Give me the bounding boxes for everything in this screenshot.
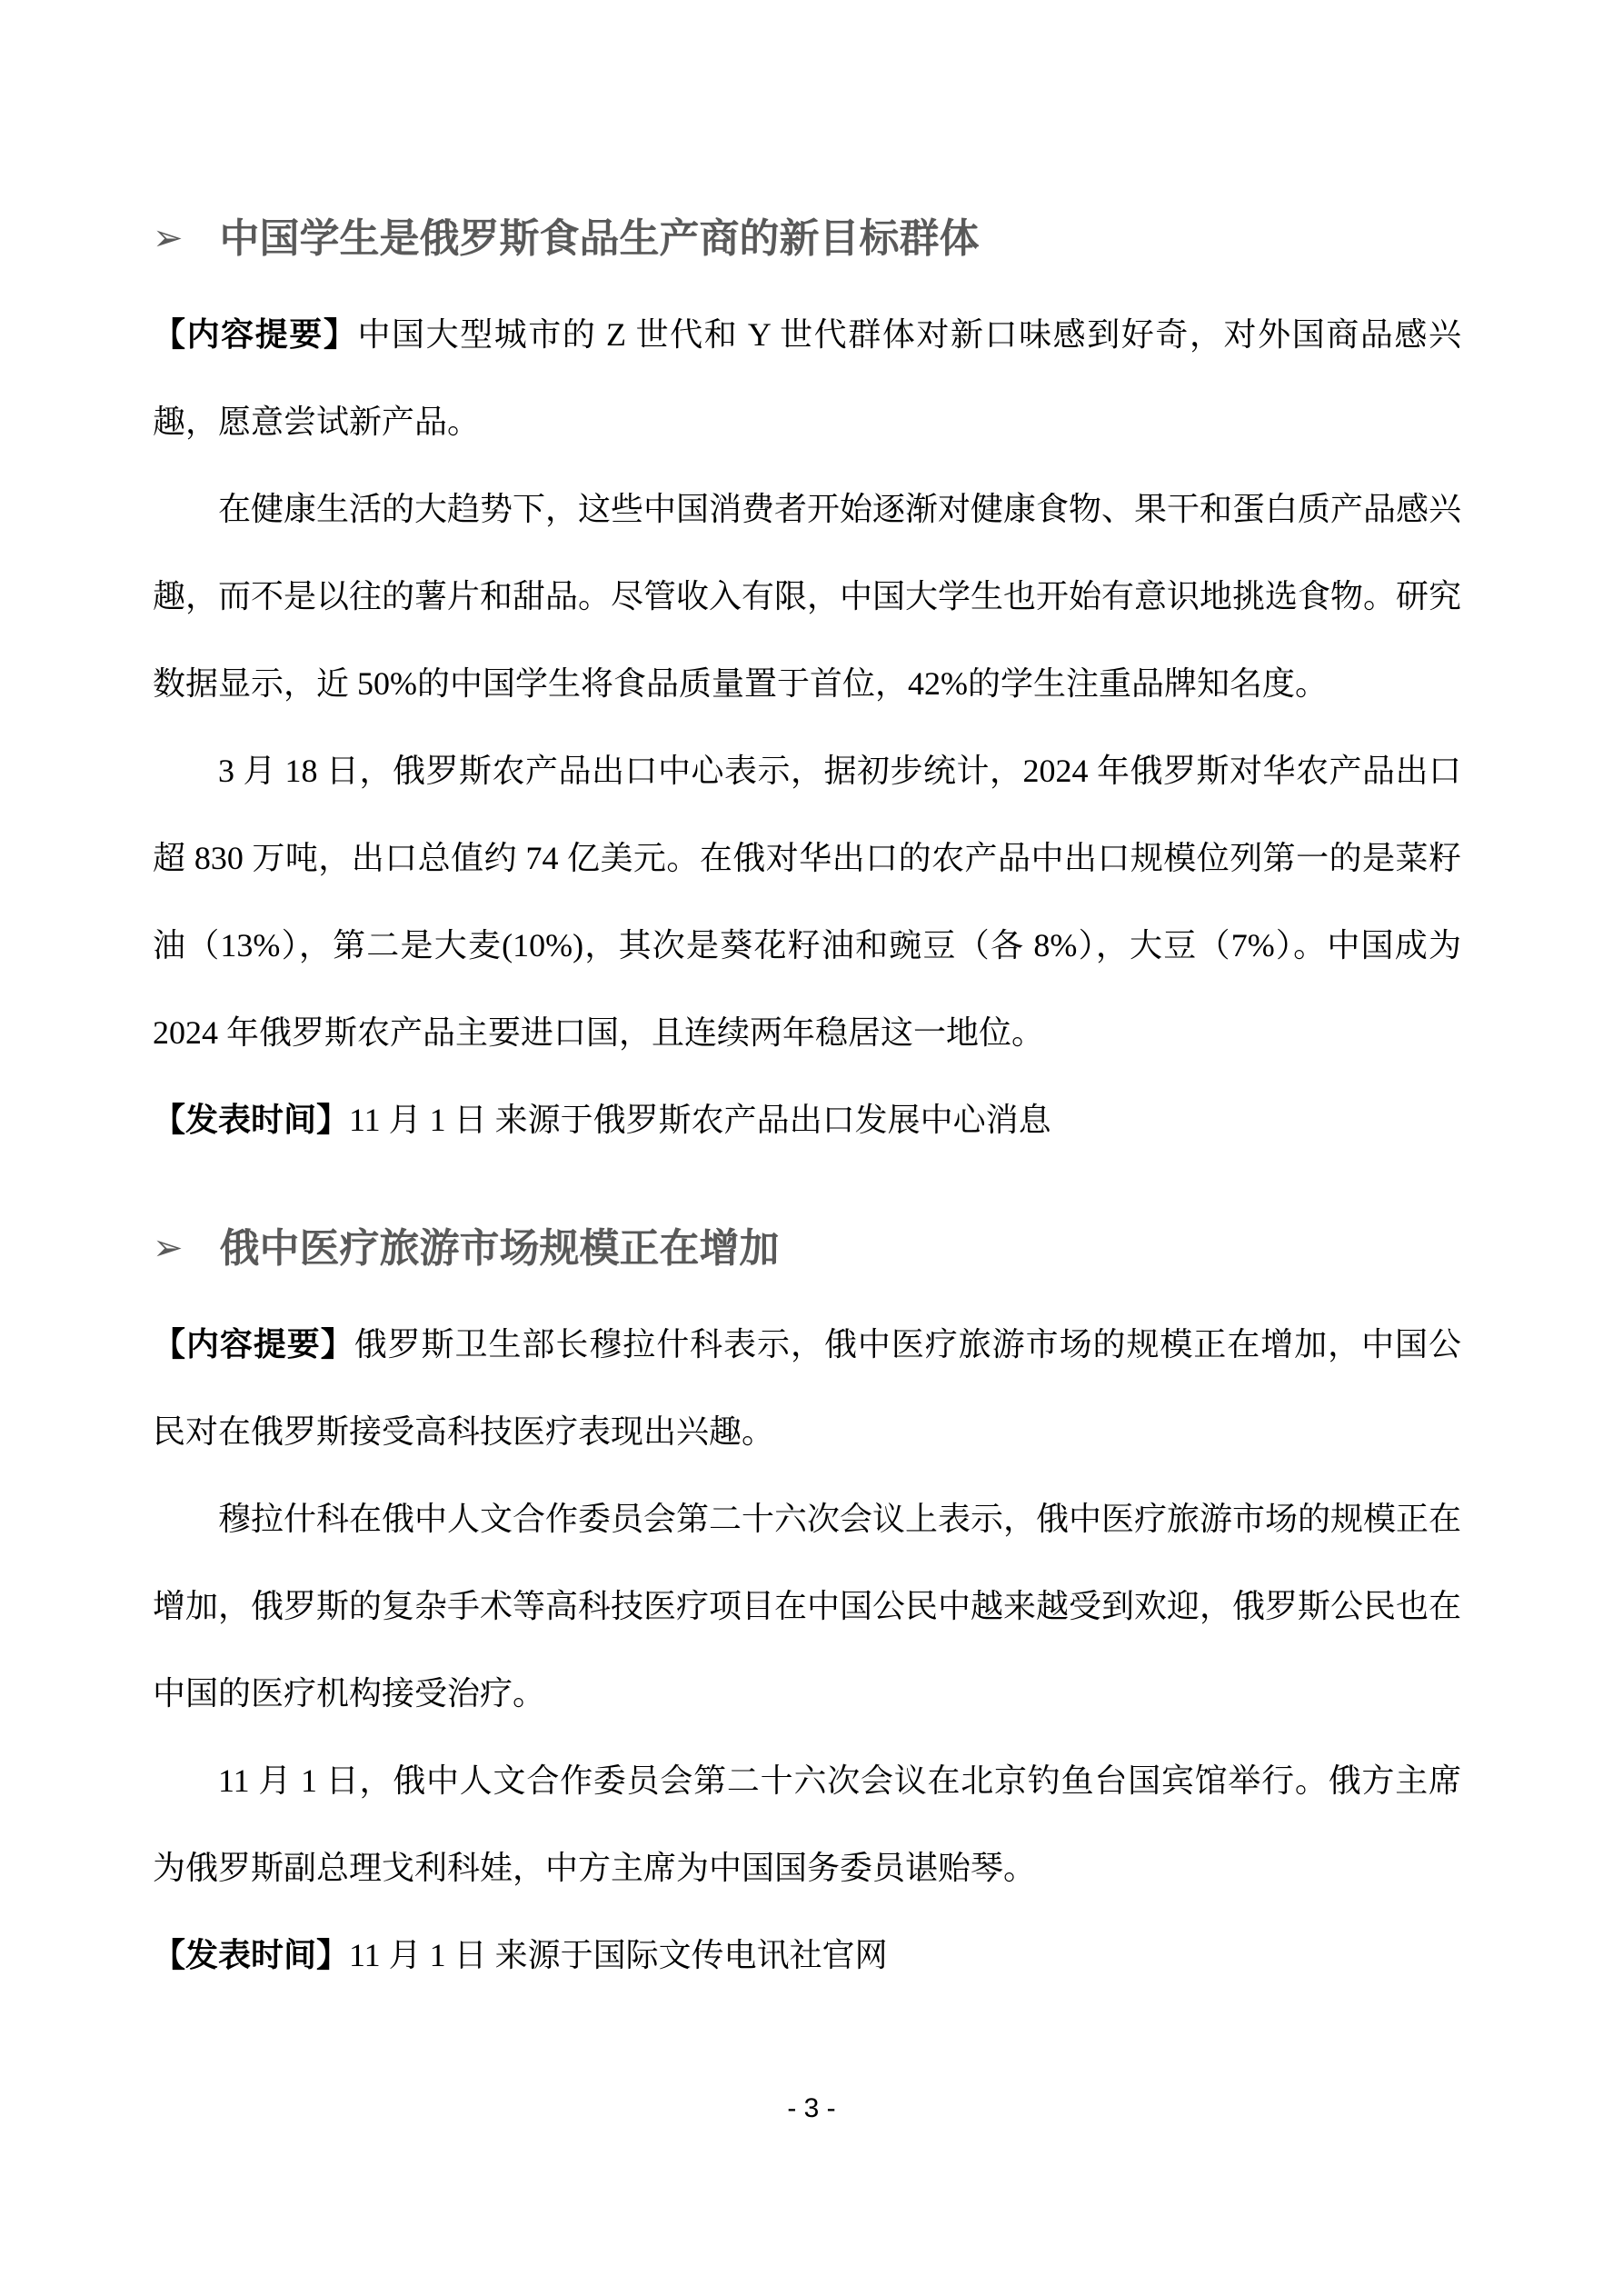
publish-time-label: 【发表时间】 (153, 1102, 349, 1138)
sections: ➢中国学生是俄罗斯食品生产商的新目标群体 【内容提要】中国大型城市的 Z 世代和… (153, 195, 1461, 1999)
document-page: ➢中国学生是俄罗斯食品生产商的新目标群体 【内容提要】中国大型城市的 Z 世代和… (0, 0, 1623, 2296)
body-paragraphs: 穆拉什科在俄中人文合作委员会第二十六次会议上表示，俄中医疗旅游市场的规模正在增加… (153, 1475, 1461, 1912)
body-paragraphs: 在健康生活的大趋势下，这些中国消费者开始逐渐对健康食物、果干和蛋白质产品感兴趣，… (153, 465, 1461, 1076)
arrow-bullet-icon: ➢ (153, 1204, 184, 1292)
section-heading: ➢中国学生是俄罗斯食品生产商的新目标群体 (153, 195, 1461, 284)
page-number: - 3 - (0, 2091, 1623, 2127)
summary-paragraph: 【内容提要】中国大型城市的 Z 世代和 Y 世代群体对新口味感到好奇，对外国商品… (153, 291, 1461, 465)
summary-label: 【内容提要】 (153, 1326, 354, 1363)
section-heading: ➢俄中医疗旅游市场规模正在增加 (153, 1205, 1461, 1293)
publish-paragraph: 【发表时间】11 月 1 日 来源于俄罗斯农产品出口发展中心消息 (153, 1076, 1461, 1163)
publish-time-text: 11 月 1 日 来源于国际文传电讯社官网 (349, 1937, 888, 1973)
body-paragraph: 3 月 18 日，俄罗斯农产品出口中心表示，据初步统计，2024 年俄罗斯对华农… (153, 727, 1461, 1076)
body-paragraph: 穆拉什科在俄中人文合作委员会第二十六次会议上表示，俄中医疗旅游市场的规模正在增加… (153, 1475, 1461, 1737)
body-paragraph: 11 月 1 日，俄中人文合作委员会第二十六次会议在北京钓鱼台国宾馆举行。俄方主… (153, 1737, 1461, 1912)
publish-paragraph: 【发表时间】11 月 1 日 来源于国际文传电讯社官网 (153, 1912, 1461, 1999)
section-heading-text: 俄中医疗旅游市场规模正在增加 (220, 1226, 780, 1271)
section-heading-text: 中国学生是俄罗斯食品生产商的新目标群体 (220, 216, 980, 261)
summary-paragraph: 【内容提要】俄罗斯卫生部长穆拉什科表示，俄中医疗旅游市场的规模正在增加，中国公民… (153, 1301, 1461, 1475)
body-paragraph: 在健康生活的大趋势下，这些中国消费者开始逐渐对健康食物、果干和蛋白质产品感兴趣，… (153, 465, 1461, 727)
summary-label: 【内容提要】 (153, 316, 357, 353)
news-section: ➢俄中医疗旅游市场规模正在增加 【内容提要】俄罗斯卫生部长穆拉什科表示，俄中医疗… (153, 1205, 1461, 1999)
publish-time-label: 【发表时间】 (153, 1937, 349, 1973)
news-section: ➢中国学生是俄罗斯食品生产商的新目标群体 【内容提要】中国大型城市的 Z 世代和… (153, 195, 1461, 1163)
publish-time-text: 11 月 1 日 来源于俄罗斯农产品出口发展中心消息 (349, 1102, 1051, 1138)
arrow-bullet-icon: ➢ (153, 195, 184, 282)
